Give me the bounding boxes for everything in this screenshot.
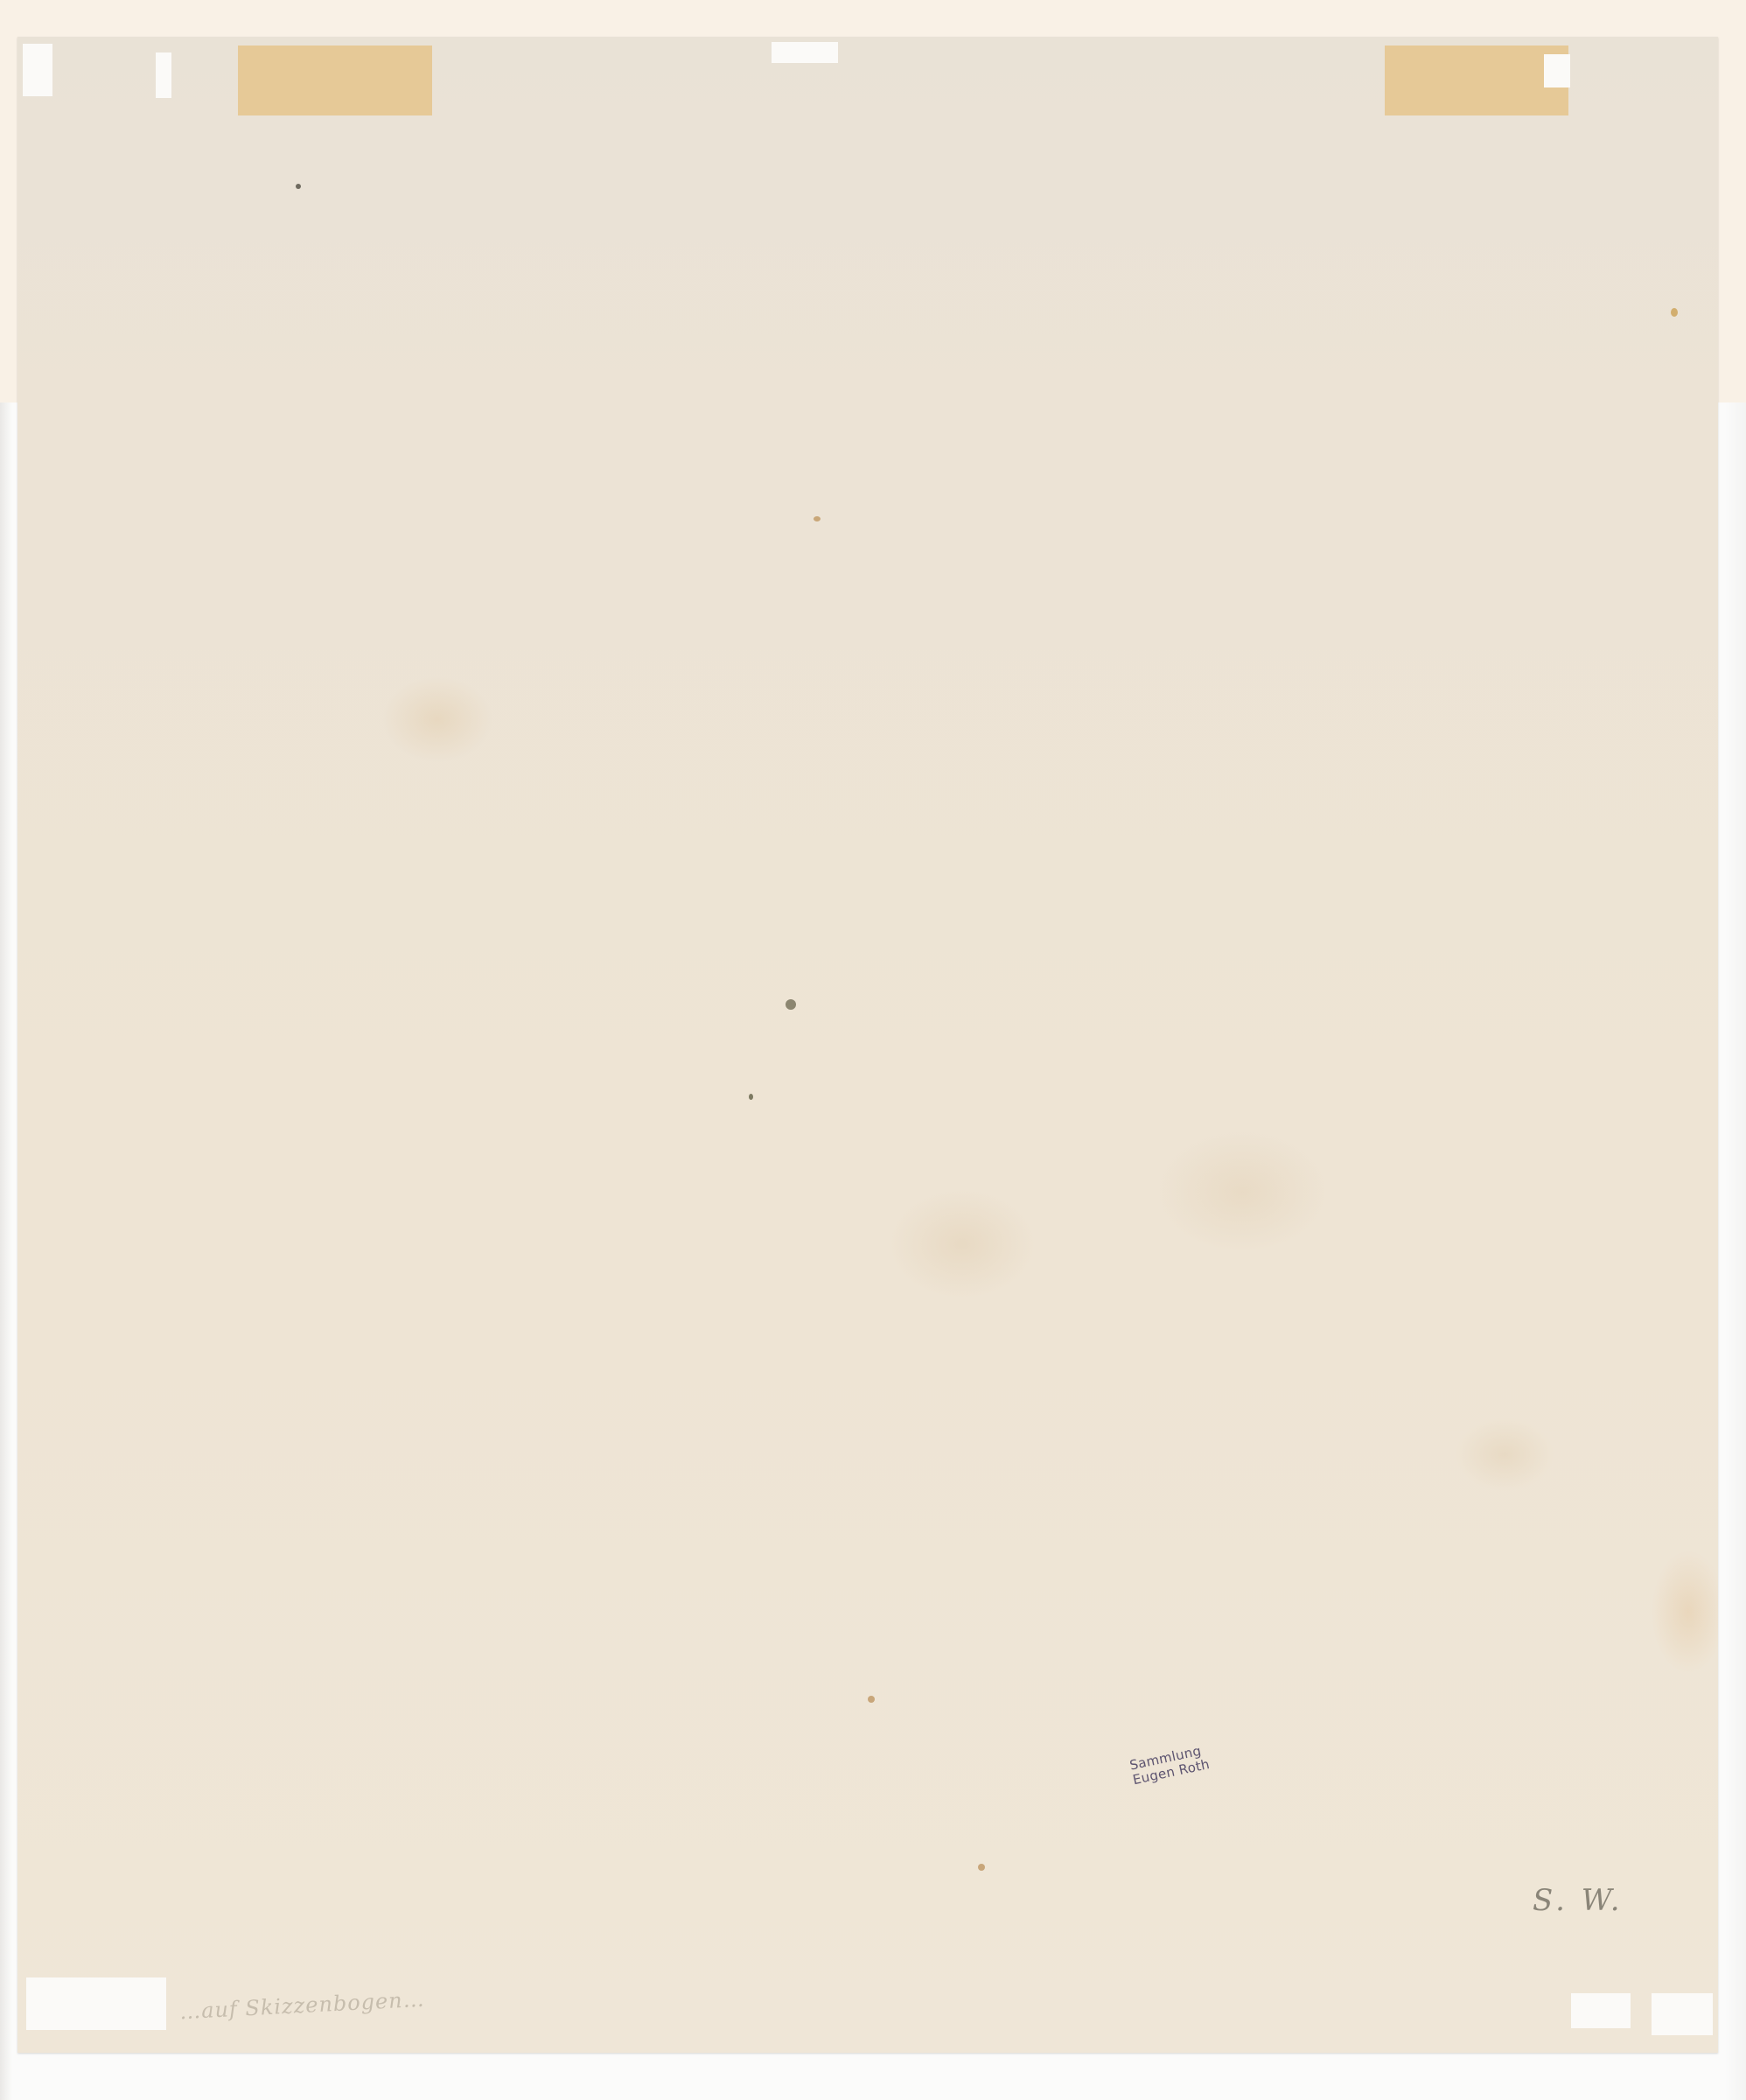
tape-remnant-white-right — [1544, 54, 1570, 87]
tape-remnant-white-bottom-left — [26, 1977, 166, 2030]
pencil-initials: S. W. — [1533, 1883, 1624, 1918]
tape-remnant-white-bottom-right-2 — [1652, 1993, 1713, 2035]
foxing-spot — [296, 184, 301, 189]
foxing-spot — [978, 1864, 985, 1871]
foxing-spot — [786, 999, 796, 1010]
hinge-tape-left — [238, 45, 432, 115]
tape-remnant-white-center — [772, 42, 838, 63]
paper-sheet-reverse — [17, 37, 1718, 2053]
tape-remnant-white-left-2 — [156, 52, 171, 98]
tape-remnant-white-left — [23, 44, 52, 96]
foxing-spot — [1671, 308, 1678, 317]
foxing-spot — [749, 1094, 753, 1100]
foxing-spot — [814, 516, 821, 521]
hinge-tape-right — [1385, 45, 1568, 115]
tape-remnant-white-bottom-right-1 — [1571, 1993, 1631, 2028]
foxing-spot — [868, 1696, 875, 1703]
